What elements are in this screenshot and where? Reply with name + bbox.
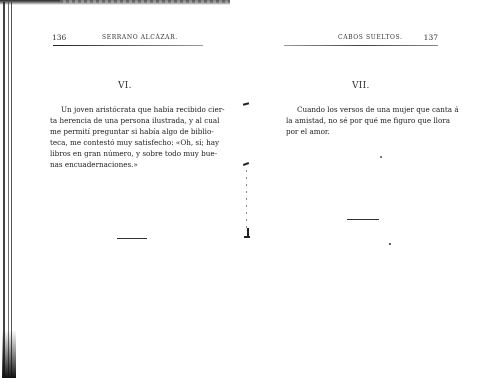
text-line: la amistad, no sé por qué me figuro que …	[286, 115, 438, 126]
running-head-title-right: CABOS SUELTOS.	[338, 34, 403, 41]
text-line: me permití preguntar si había algo de bi…	[50, 126, 230, 137]
left-page: 136 SERRANO ALCÁZAR. VI. Un joven aristó…	[0, 0, 240, 378]
page-number-right: 137	[424, 33, 438, 42]
text-line: Un joven aristócrata que había recibido …	[50, 104, 230, 115]
paragraph-left: Un joven aristócrata que había recibido …	[50, 104, 230, 171]
header-rule-right	[284, 45, 438, 46]
text-line: teca, me contestó muy satisfecho: «Oh, s…	[50, 137, 230, 148]
text-line: Cuando los versos de una mujer que canta…	[286, 104, 438, 115]
scan-speck	[380, 156, 382, 158]
text-line: libros en gran número, y sobre todo muy …	[50, 148, 230, 159]
page-number-left: 136	[52, 33, 66, 42]
book-spread: 136 SERRANO ALCÁZAR. VI. Un joven aristó…	[0, 0, 480, 378]
text-line: por el amor.	[286, 126, 438, 137]
section-number-right: VII.	[352, 81, 370, 91]
running-head-right: CABOS SUELTOS. 137	[286, 33, 438, 45]
running-head-title-left: SERRANO ALCÁZAR.	[102, 34, 178, 41]
text-line: ta herencia de una persona ilustrada, y …	[50, 115, 230, 126]
header-rule-left	[53, 45, 203, 46]
right-page: CABOS SUELTOS. 137 VII. Cuando los verso…	[240, 0, 480, 378]
scan-speck	[389, 243, 391, 245]
running-head-left: 136 SERRANO ALCÁZAR.	[52, 33, 202, 45]
section-end-rule-right	[347, 219, 379, 220]
section-number-left: VI.	[118, 81, 132, 91]
paragraph-right: Cuando los versos de una mujer que canta…	[286, 104, 438, 137]
text-line: nas encuadernaciones.»	[50, 159, 230, 170]
section-end-rule-left	[117, 238, 147, 239]
